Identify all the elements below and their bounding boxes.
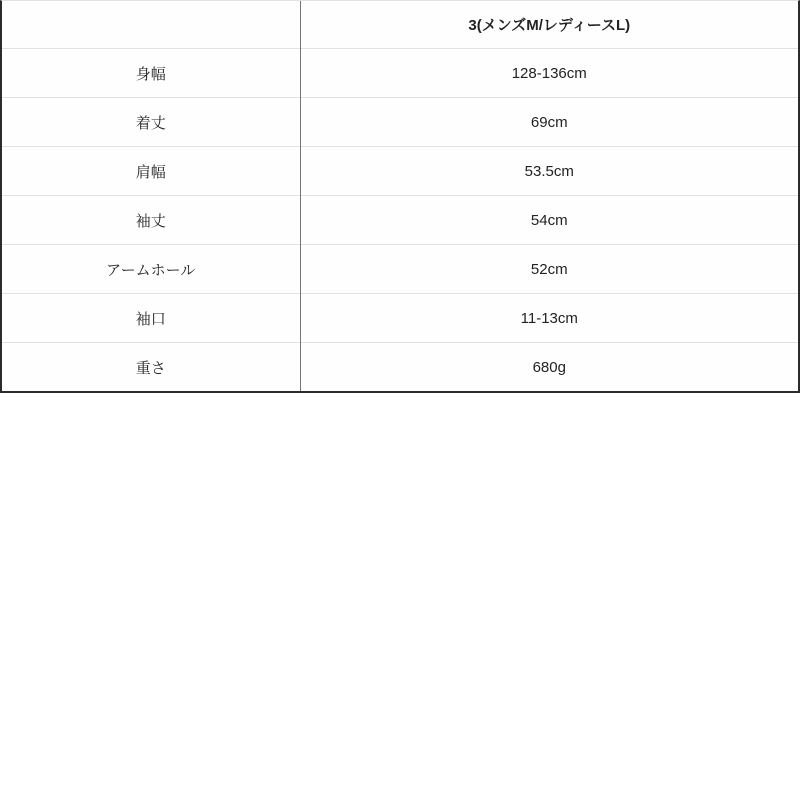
size-chart: 3(メンズM/レディースL) 身幅 128-136cm 着丈 69cm 肩幅 5… [0,0,800,393]
measurement-value: 52cm [300,245,798,294]
page-canvas: 3(メンズM/レディースL) 身幅 128-136cm 着丈 69cm 肩幅 5… [0,0,800,800]
table-row: 袖丈 54cm [2,196,798,245]
table-row: 肩幅 53.5cm [2,147,798,196]
measurement-value: 53.5cm [300,147,798,196]
measurement-label: 袖口 [2,294,300,343]
size-chart-header-row: 3(メンズM/レディースL) [2,1,798,49]
measurement-label: 着丈 [2,98,300,147]
measurement-value: 128-136cm [300,49,798,98]
table-row: 身幅 128-136cm [2,49,798,98]
measurement-value: 680g [300,343,798,392]
measurement-label: 重さ [2,343,300,392]
measurement-label: 袖丈 [2,196,300,245]
measurement-label: 身幅 [2,49,300,98]
size-chart-table: 3(メンズM/レディースL) 身幅 128-136cm 着丈 69cm 肩幅 5… [2,1,798,391]
size-column-header: 3(メンズM/レディースL) [300,1,798,49]
measurement-value: 69cm [300,98,798,147]
measurement-label: 肩幅 [2,147,300,196]
header-empty-cell [2,1,300,49]
measurement-value: 54cm [300,196,798,245]
table-row: 重さ 680g [2,343,798,392]
measurement-label: アームホール [2,245,300,294]
table-row: 袖口 11-13cm [2,294,798,343]
table-row: アームホール 52cm [2,245,798,294]
table-row: 着丈 69cm [2,98,798,147]
measurement-value: 11-13cm [300,294,798,343]
